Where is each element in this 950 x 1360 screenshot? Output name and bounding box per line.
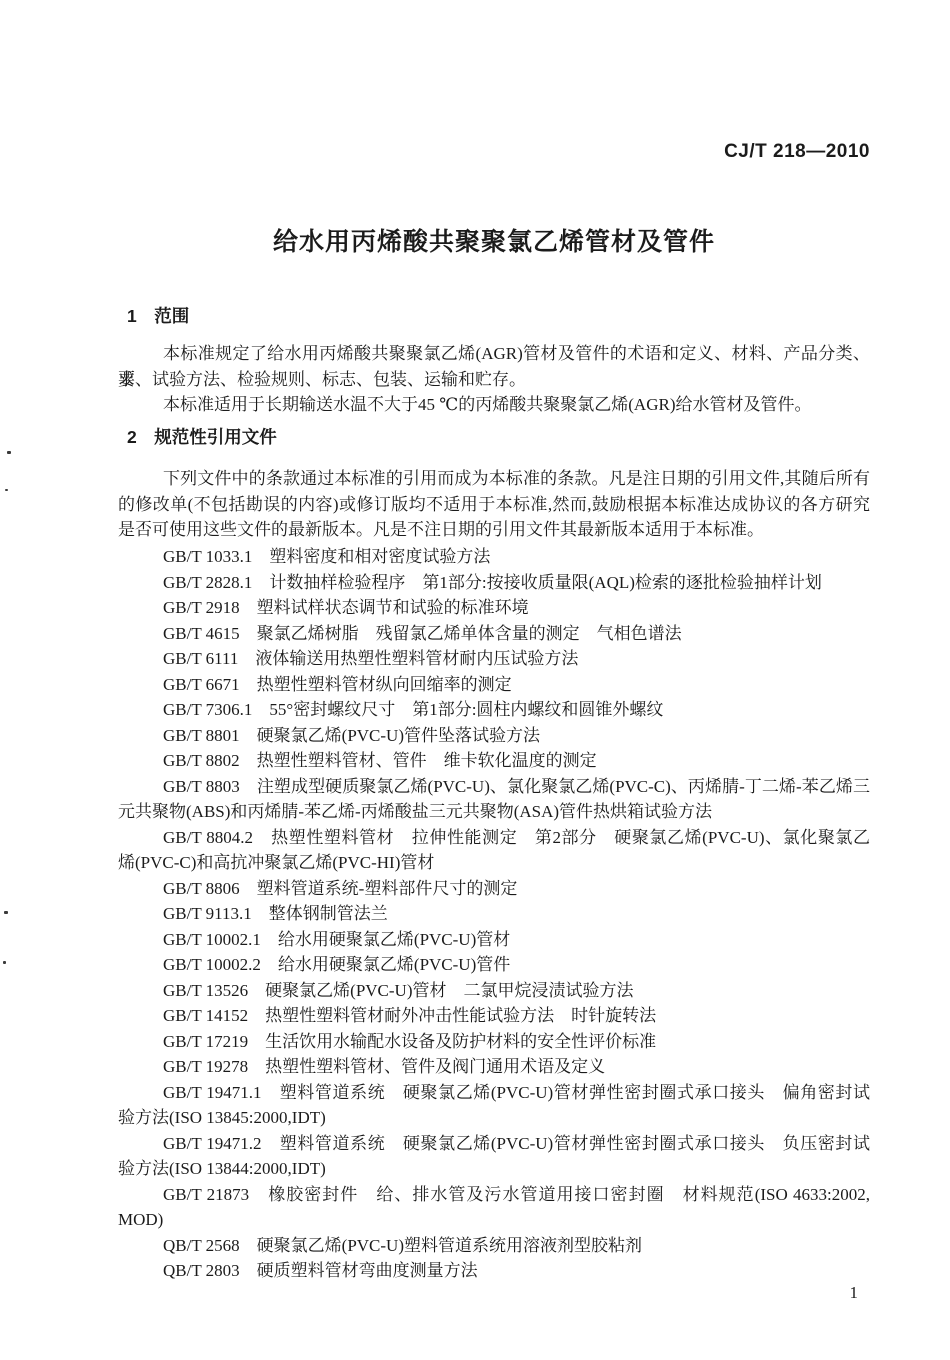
reference-line: 烯(PVC-C)和高抗冲聚氯乙烯(PVC-HI)管材 xyxy=(118,850,870,876)
paragraph-line: 下列文件中的条款通过本标准的引用而成为本标准的条款。凡是注日期的引用文件,其随后… xyxy=(118,466,870,492)
reference-line: GB/T 19471.1 塑料管道系统 硬聚氯乙烯(PVC-U)管材弹性密封圈式… xyxy=(118,1080,870,1106)
reference-line: GB/T 10002.1 给水用硬聚氯乙烯(PVC-U)管材 xyxy=(118,927,870,953)
reference-line: GB/T 13526 硬聚氯乙烯(PVC-U)管材 二氯甲烷浸渍试验方法 xyxy=(118,978,870,1004)
reference-line: GB/T 10002.2 给水用硬聚氯乙烯(PVC-U)管件 xyxy=(118,952,870,978)
reference-line: GB/T 17219 生活饮用水输配水设备及防护材料的安全性评价标准 xyxy=(118,1029,870,1055)
scan-speck xyxy=(5,489,8,491)
scan-speck xyxy=(4,911,8,914)
reference-line: GB/T 2828.1 计数抽样检验程序 第1部分:按接收质量限(AQL)检索的… xyxy=(118,570,870,596)
reference-line: 验方法(ISO 13845:2000,IDT) xyxy=(118,1105,870,1131)
reference-line: GB/T 8803 注塑成型硬质聚氯乙烯(PVC-U)、氯化聚氯乙烯(PVC-C… xyxy=(118,774,870,800)
scan-speck xyxy=(7,451,11,454)
standard-code: CJ/T 218—2010 xyxy=(118,141,870,163)
reference-line: GB/T 14152 热塑性塑料管材耐外冲击性能试验方法 时针旋转法 xyxy=(118,1003,870,1029)
reference-line: 验方法(ISO 13844:2000,IDT) xyxy=(118,1156,870,1182)
reference-line: GB/T 6671 热塑性塑料管材纵向回缩率的测定 xyxy=(118,672,870,698)
scan-speck xyxy=(3,961,6,964)
reference-line: GB/T 8802 热塑性塑料管材、管件 维卡软化温度的测定 xyxy=(118,748,870,774)
reference-line: GB/T 7306.1 55°密封螺纹尺寸 第1部分:圆柱内螺纹和圆锥外螺纹 xyxy=(118,697,870,723)
reference-line: GB/T 9113.1 整体钢制管法兰 xyxy=(118,901,870,927)
paragraph-line: 本标准规定了给水用丙烯酸共聚聚氯乙烯(AGR)管材及管件的术语和定义、材料、产品… xyxy=(118,341,870,367)
reference-line: GB/T 19471.2 塑料管道系统 硬聚氯乙烯(PVC-U)管材弹性密封圈式… xyxy=(118,1131,870,1157)
reference-line: MOD) xyxy=(118,1207,870,1233)
section-1-body: 本标准规定了给水用丙烯酸共聚聚氯乙烯(AGR)管材及管件的术语和定义、材料、产品… xyxy=(118,341,870,418)
section-2-intro: 下列文件中的条款通过本标准的引用而成为本标准的条款。凡是注日期的引用文件,其随后… xyxy=(118,466,870,543)
paragraph-line: 本标准适用于长期输送水温不大于45 ℃的丙烯酸共聚聚氯乙烯(AGR)给水管材及管… xyxy=(118,392,870,418)
document-page: CJ/T 218—2010 给水用丙烯酸共聚聚氯乙烯管材及管件 1 范围 本标准… xyxy=(0,0,950,1360)
reference-line: GB/T 8801 硬聚氯乙烯(PVC-U)管件坠落试验方法 xyxy=(118,723,870,749)
section-1-heading: 1 范围 xyxy=(127,304,189,330)
reference-line: GB/T 6111 液体输送用热塑性塑料管材耐内压试验方法 xyxy=(118,646,870,672)
reference-line: 元共聚物(ABS)和丙烯腈-苯乙烯-丙烯酸盐三元共聚物(ASA)管件热烘箱试验方… xyxy=(118,799,870,825)
reference-line: GB/T 21873 橡胶密封件 给、排水管及污水管道用接口密封圈 材料规范(I… xyxy=(118,1182,870,1208)
reference-line: GB/T 19278 热塑性塑料管材、管件及阀门通用术语及定义 xyxy=(118,1054,870,1080)
reference-line: GB/T 2918 塑料试样状态调节和试验的标准环境 xyxy=(118,595,870,621)
normative-references-list: GB/T 1033.1 塑料密度和相对密度试验方法 GB/T 2828.1 计数… xyxy=(118,544,870,1284)
reference-line: QB/T 2568 硬聚氯乙烯(PVC-U)塑料管道系统用溶液剂型胶粘剂 xyxy=(118,1233,870,1259)
reference-line: GB/T 4615 聚氯乙烯树脂 残留氯乙烯单体含量的测定 气相色谱法 xyxy=(118,621,870,647)
paragraph-line: 是否可使用这些文件的最新版本。凡是不注日期的引用文件其最新版本适用于本标准。 xyxy=(118,517,870,543)
paragraph-line: 求、试验方法、检验规则、标志、包装、运输和贮存。 xyxy=(118,367,870,393)
paragraph-line: 的修改单(不包括勘误的内容)或修订版均不适用于本标准,然而,鼓励根据本标准达成协… xyxy=(118,492,870,518)
reference-line: GB/T 8804.2 热塑性塑料管材 拉伸性能测定 第2部分 硬聚氯乙烯(PV… xyxy=(118,825,870,851)
reference-line: GB/T 8806 塑料管道系统-塑料部件尺寸的测定 xyxy=(118,876,870,902)
document-title: 给水用丙烯酸共聚聚氯乙烯管材及管件 xyxy=(118,222,870,258)
reference-line: GB/T 1033.1 塑料密度和相对密度试验方法 xyxy=(118,544,870,570)
section-2-heading: 2 规范性引用文件 xyxy=(127,425,277,451)
page-number: 1 xyxy=(118,1280,858,1306)
